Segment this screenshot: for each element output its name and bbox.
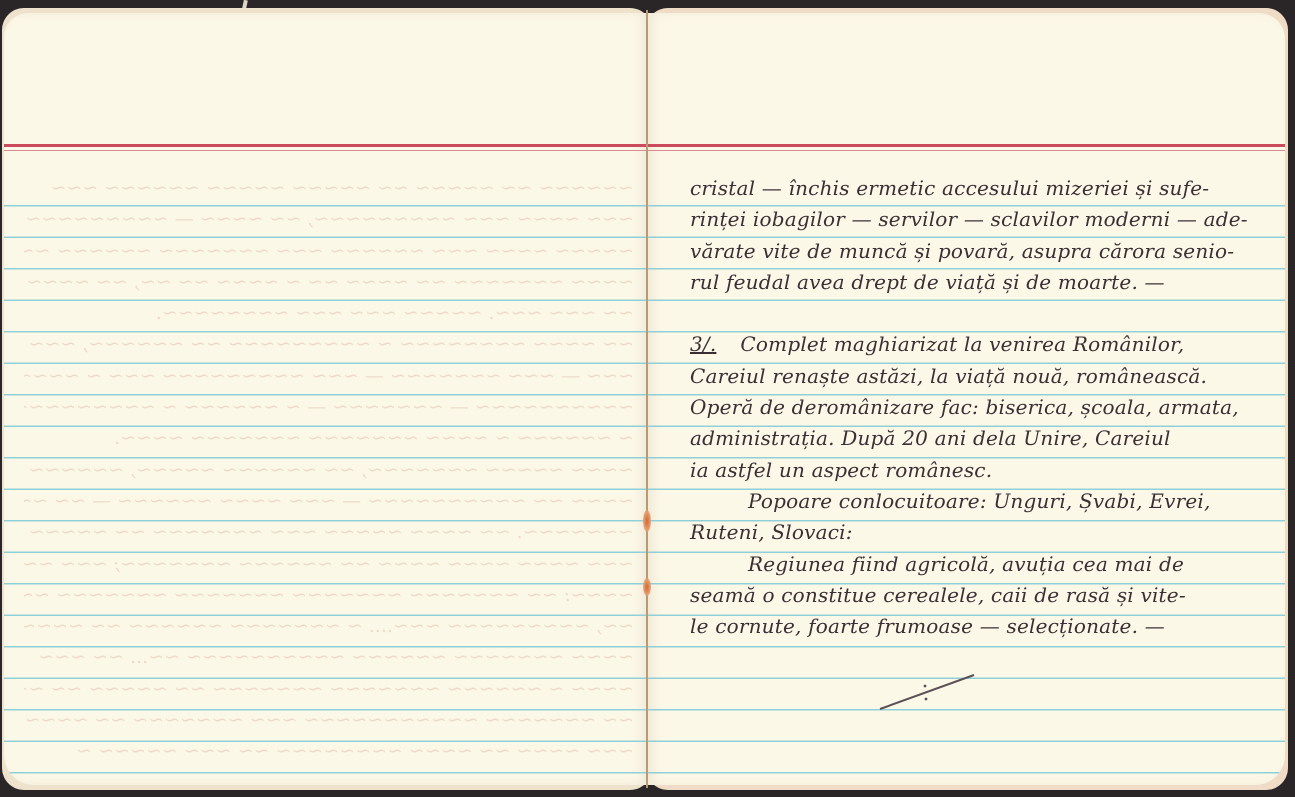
text-line: rinței iobagilor — servilor — sclavilor … xyxy=(690,204,1280,235)
bleed-line: ~~ ~~~~ ~~~~~~~~ ~ ~~~~~~~~~ ~~ ~~~~~~, … xyxy=(24,329,634,360)
handwritten-text: cristal — închis ermetic accesului mizer… xyxy=(690,173,1280,642)
bleed-line: ~~~ — ~~~ ~~~~~~~ — ~~~ ~~~~~~~~~ ~~~ ~ … xyxy=(24,361,634,392)
header-red-rule-thin xyxy=(4,150,648,151)
header-red-rule-thin xyxy=(648,150,1285,151)
bleed-line: ~~~~~ ~~~~ ~~~ ~~~~~~ ~~~ ~~~~~~~ ~~~~~~… xyxy=(24,236,634,267)
text-line-section-3: 3/.Complet maghiarizat la venirea Români… xyxy=(690,329,1280,360)
text-line: cristal — închis ermetic accesului mizer… xyxy=(690,173,1280,204)
bleed-through-text: ~~~~~~ ~~ ~~~~~ ~~ ~~~~~ ~~~~~ ~~~~~~ ~~… xyxy=(24,173,634,768)
text-line: rul feudal avea drept de viață și de moa… xyxy=(690,267,1280,298)
rust-staple-mark xyxy=(643,510,651,532)
bleed-line: ~~~~ ~~~~~ ~~~~~~~, ~~ ~~~~~~ ~~~~~, ~~~… xyxy=(24,455,634,486)
bleed-line: ~~~~ ~~~~~~~ ~~ ~~~~ ~~ ~ ~~~~ ~~ ~~, ~~… xyxy=(24,267,634,298)
bleed-line: ~~~~ ~~ ~~~~~~~~~~ — ~~~ ~~~~ ~~~~~~ — ~… xyxy=(24,486,634,517)
bleed-line: ~~~~ ~ ~~~~~~ ~~~~~~~ ~~~~~~~ ~~ ~~~~~ ~… xyxy=(24,674,634,705)
section-number: 3/. xyxy=(690,329,716,360)
bleed-line: ~~~ ~~~~ ~~~~ ~~~~ ~~ ~~~~~~ ~~~~~~~; ~~… xyxy=(24,549,634,580)
bleed-line: ~~~~: ~~ ~~~~~~~ ~~~~~~~ ~~~~~~~ ~~~~~~~… xyxy=(24,580,634,611)
text-line: Regiunea fiind agricolă, avuția cea mai … xyxy=(690,549,1280,580)
bleed-line: ~~~~~~~~~~ — ~~~~~~~ — ~ ~~~~~~ ~ ~~~~~~… xyxy=(24,392,634,423)
right-page: cristal — închis ermetic accesului mizer… xyxy=(648,13,1285,785)
rust-staple-mark xyxy=(643,578,651,596)
bleed-line: ~~~ ~~~~ ~~ ~~~~ ~~~~~~~~ ~~ ~~~ ~~~~~ ~ xyxy=(24,736,634,767)
bleed-line: ~~~~ ~~~~~~~ ~~~~~~ ~~~~~~~~~~ ~~... ~~ … xyxy=(24,642,634,673)
bleed-line: ~~~ ~~~~ ~~~ ~~~~~~~~~, ~~ ~~~~ — ~~~~~~… xyxy=(24,204,634,235)
bleed-line: ~~~~~~~. ~~ ~~~~ ~~~~~ ~~~ ~~~~~~~ ~~ ~~… xyxy=(24,517,634,548)
spine-fold xyxy=(646,10,648,788)
bleed-line: ~ ~~~~~~ ~ ~~~~ ~~~~~~~ ~~~~~~~ ~~~~. xyxy=(24,423,634,454)
header-red-rule xyxy=(4,144,648,147)
text-line: Careiul renaște astăzi, la viață nouă, r… xyxy=(690,361,1280,392)
text-line: Operă de deromânizare fac: biserica, șco… xyxy=(690,392,1280,423)
bleed-line: ~~~~~~ ~~ ~~~~~ ~~ ~~~~~ ~~~~~ ~~~~~~ ~~… xyxy=(24,173,634,204)
text-line: Ruteni, Slovaci: xyxy=(690,517,1280,548)
text-line: vărate vite de muncă și povară, asupra c… xyxy=(690,236,1280,267)
text-line: Complet maghiarizat la venirea Românilor… xyxy=(740,332,1184,356)
bleed-line: ~~, ~~~~~~~~~ ~~~.... ~ ~~~~~~~ ~~~~~~ ~… xyxy=(24,611,634,642)
bleed-line: ~~ ~~~~~~~ ~~~~~~~~~~~ ~~~ ~~~~~~~ ~~ ~~… xyxy=(24,705,634,736)
text-line: le cornute, foarte frumoase — selecționa… xyxy=(690,611,1280,642)
left-page: ~~~~~~ ~~ ~~~~~ ~~ ~~~~~ ~~~~~ ~~~~~~ ~~… xyxy=(4,13,648,785)
end-of-section-mark-icon xyxy=(878,671,978,711)
header-red-rule xyxy=(648,144,1285,147)
notebook-spread: ~~~~~~ ~~ ~~~~~ ~~ ~~~~~ ~~~~~ ~~~~~~ ~~… xyxy=(0,0,1295,797)
text-line: administrația. După 20 ani dela Unire, C… xyxy=(690,423,1280,454)
blank-line xyxy=(690,298,1280,329)
text-line: Popoare conlocuitoare: Unguri, Șvabi, Ev… xyxy=(690,486,1280,517)
text-line: seamă o constitue cerealele, caii de ras… xyxy=(690,580,1280,611)
text-line: ia astfel un aspect românesc. xyxy=(690,455,1280,486)
bleed-line: ~~ ~~~ ~~~. ~~~~~ ~~~ ~~~ ~~~~~~~~. xyxy=(24,298,634,329)
